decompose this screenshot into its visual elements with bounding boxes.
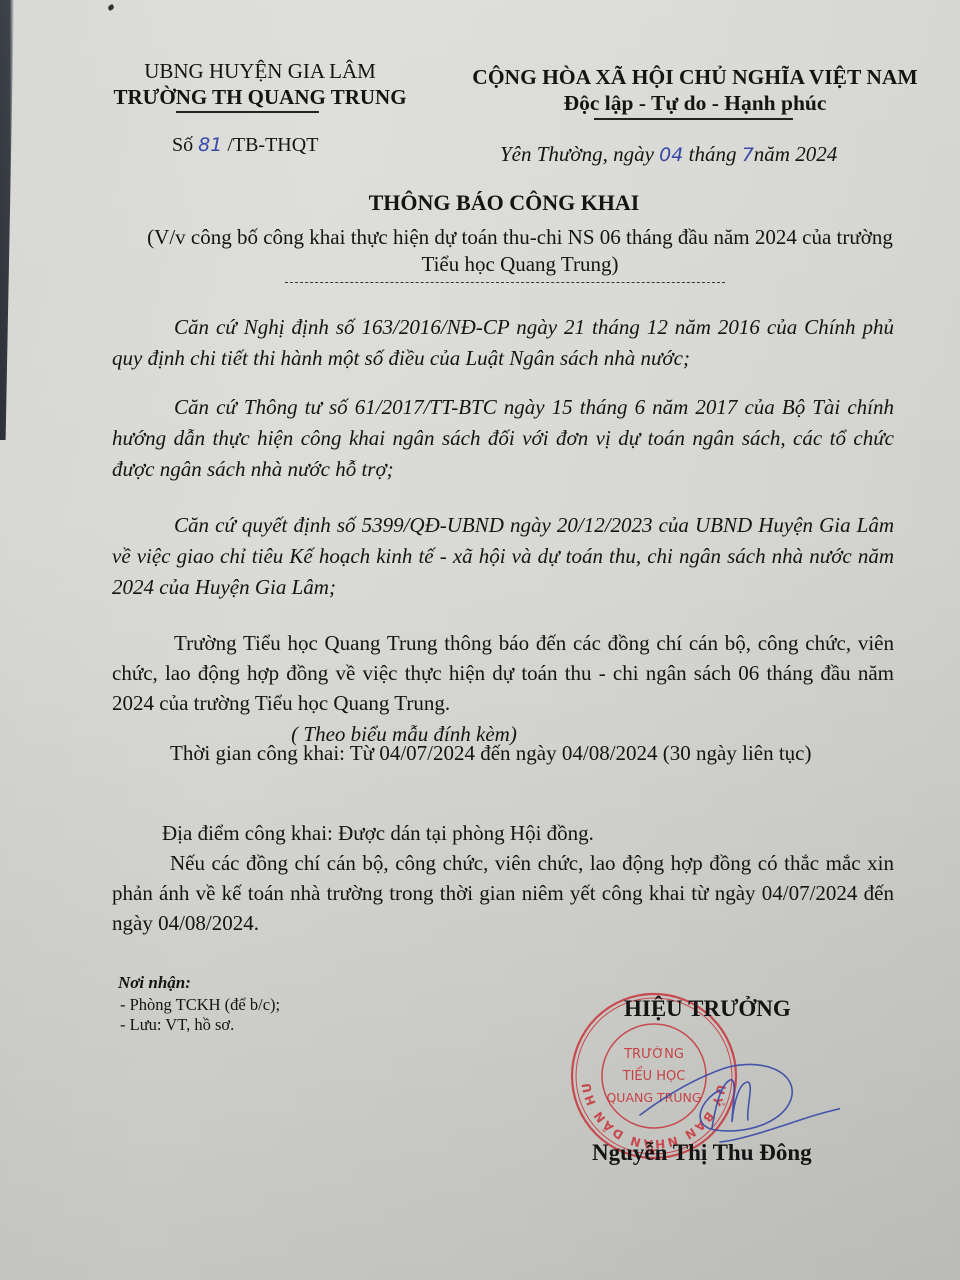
- national-heading: CỘNG HÒA XÃ HỘI CHỦ NGHĨA VIỆT NAM Độc l…: [455, 64, 935, 116]
- motto-underline: [594, 118, 793, 120]
- issuer-authority: UBNG HUYỆN GIA LÂM: [100, 58, 420, 84]
- legal-basis-3: Căn cứ quyết định số 5399/QĐ-UBND ngày 2…: [112, 510, 894, 603]
- signer-name: Nguyễn Thị Thu Đông: [592, 1140, 812, 1166]
- recipient-item: - Phòng TCKH (để b/c);: [118, 995, 280, 1015]
- document-title: THÔNG BÁO CÔNG KHAI: [0, 190, 960, 216]
- legal-basis-1: Căn cứ Nghị định số 163/2016/NĐ-CP ngày …: [112, 312, 894, 374]
- issuer-school: TRƯỜNG TH QUANG TRUNG: [100, 84, 420, 110]
- date-month-label: tháng: [689, 142, 737, 166]
- date-place: Yên Thường, ngày: [500, 142, 654, 166]
- disclosure-period: Thời gian công khai: Từ 04/07/2024 đến n…: [112, 738, 894, 769]
- signer-title: HIỆU TRƯỞNG: [624, 996, 791, 1022]
- issuer-block: UBNG HUYỆN GIA LÂM TRƯỜNG TH QUANG TRUNG: [100, 58, 420, 110]
- legal-basis-2: Căn cứ Thông tư số 61/2017/TT-BTC ngày 1…: [112, 392, 894, 485]
- date-month: 7: [742, 144, 754, 166]
- recipients-block: Nơi nhận: - Phòng TCKH (để b/c); - Lưu: …: [118, 973, 280, 1035]
- number-prefix: Số: [172, 134, 193, 156]
- document-subtitle: (V/v công bố công khai thực hiện dự toán…: [140, 224, 900, 278]
- recipients-label: Nơi nhận:: [118, 973, 280, 993]
- date-day: 04: [659, 144, 683, 166]
- document-number: Số 81 /TB-THQT: [172, 134, 318, 157]
- country-name: CỘNG HÒA XÃ HỘI CHỦ NGHĨA VIỆT NAM: [455, 64, 935, 90]
- recipient-item: - Lưu: VT, hồ sơ.: [118, 1015, 280, 1035]
- contact-paragraph: Nếu các đồng chí cán bộ, công chức, viên…: [112, 848, 894, 938]
- document-date: Yên Thường, ngày 04 tháng 7năm 2024: [500, 142, 837, 167]
- issuer-underline: [176, 111, 319, 113]
- national-motto: Độc lập - Tự do - Hạnh phúc: [455, 90, 935, 116]
- date-year: năm 2024: [754, 142, 837, 166]
- title-divider: [285, 282, 725, 283]
- number-handwritten: 81: [198, 134, 222, 156]
- background-surface-edge: [0, 0, 14, 440]
- number-suffix: /TB-THQT: [227, 134, 318, 156]
- announcement-paragraph: Trường Tiểu học Quang Trung thông báo đế…: [112, 628, 894, 718]
- disclosure-location: Địa điểm công khai: Được dán tại phòng H…: [112, 818, 894, 849]
- paper-mark: [107, 4, 115, 11]
